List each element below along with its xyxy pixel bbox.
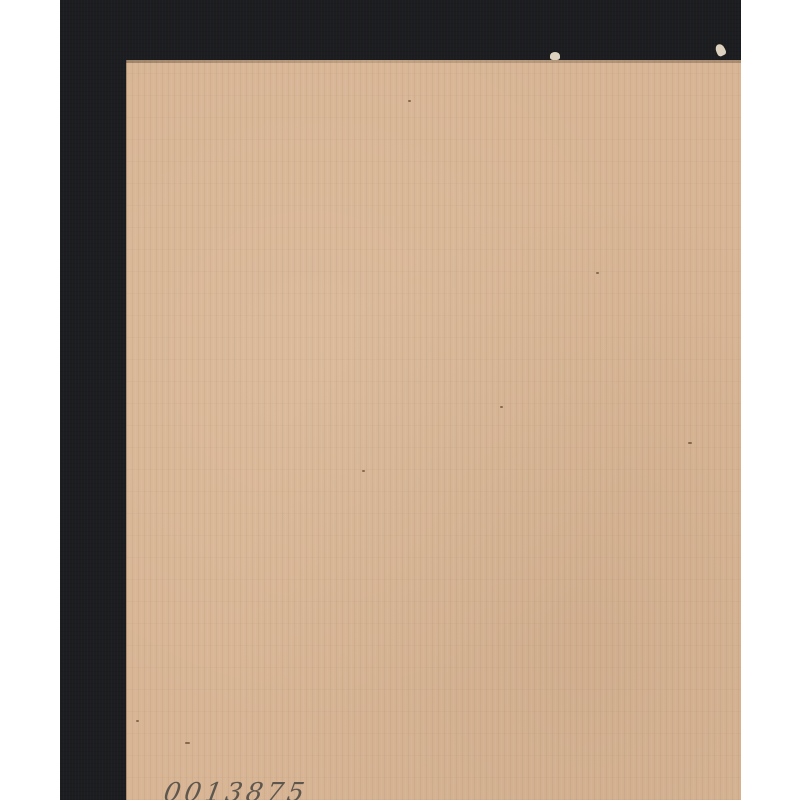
- paper-tear-mark: [550, 52, 560, 60]
- paper-speck: [408, 100, 411, 102]
- photo-scene: 0013875: [0, 0, 800, 800]
- paper-speck: [596, 272, 599, 274]
- paper-speck: [362, 470, 365, 472]
- paper-speck: [185, 742, 190, 744]
- paper-speck: [688, 442, 692, 444]
- paper-sheet: [126, 60, 741, 800]
- paper-speck: [136, 720, 139, 722]
- paper-speck: [500, 406, 503, 408]
- handwritten-inventory-number: 0013875: [161, 778, 310, 800]
